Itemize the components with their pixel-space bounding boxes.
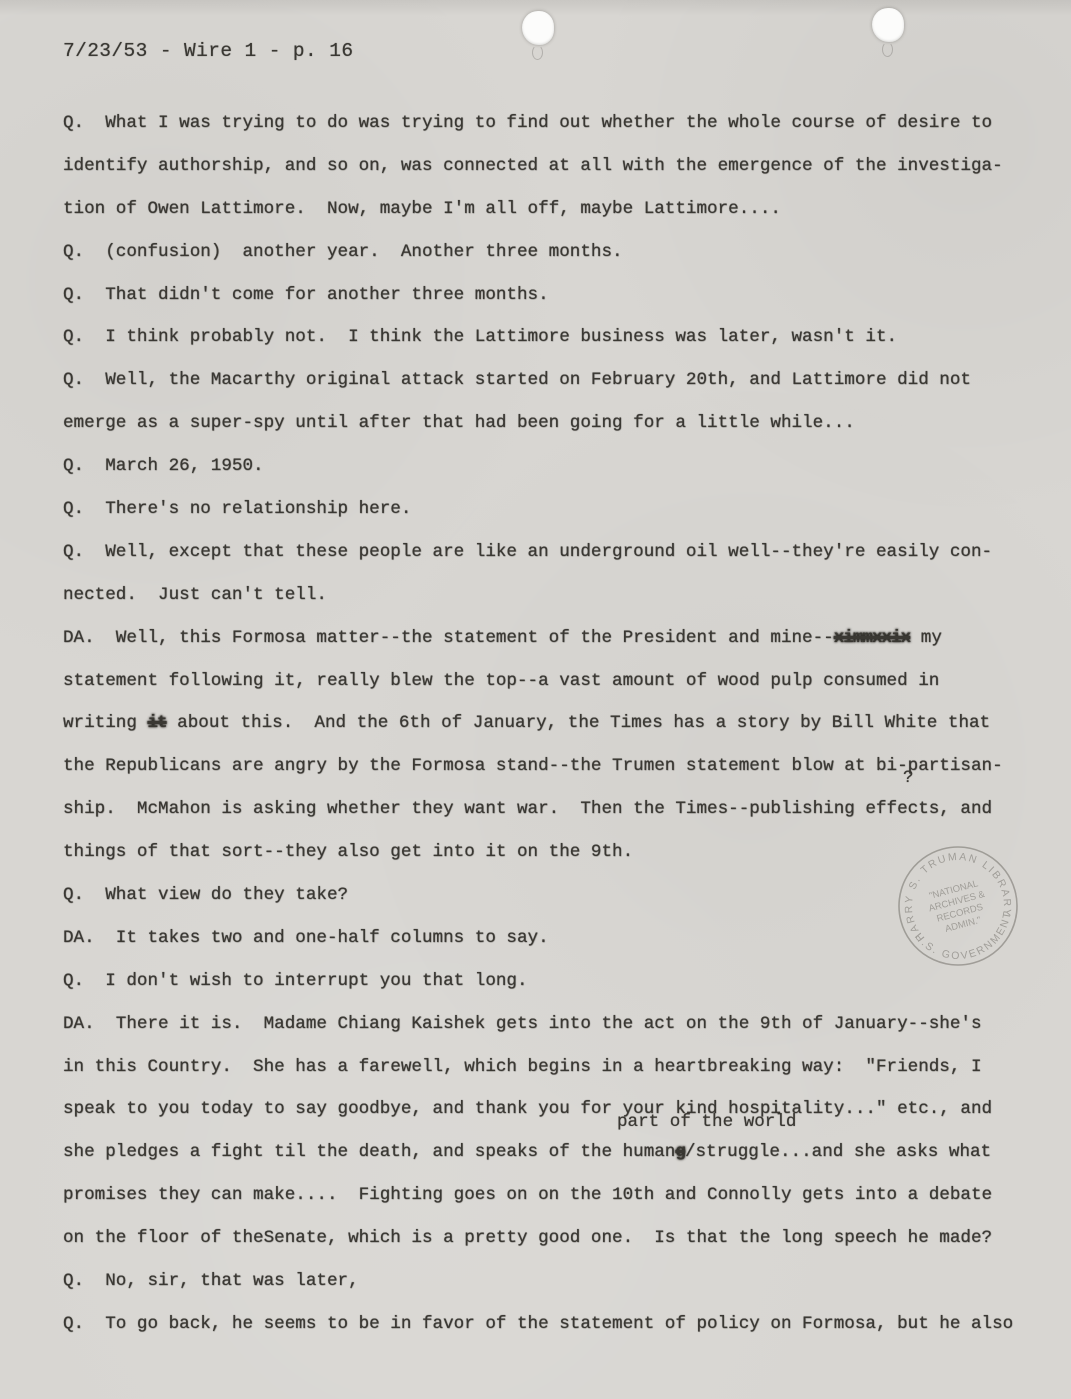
typed-line: Q. I think probably not. I think the Lat…: [63, 316, 1043, 359]
typed-text: about this. And the 6th of January, the …: [167, 713, 991, 733]
typed-line: Q. March 26, 1950.: [63, 445, 1043, 488]
typed-line: Q. No, sir, that was later,: [63, 1260, 1043, 1303]
typed-text: my: [910, 628, 942, 648]
typed-text: Q. (confusion) another year. Another thr…: [63, 242, 623, 262]
typed-text: ship. McMahon is asking whether they wan…: [63, 799, 992, 819]
typed-text: identify authorship, and so on, was conn…: [63, 156, 1003, 176]
typed-text: writing: [63, 713, 147, 733]
typed-text: she pledges a fight til the death, and s…: [63, 1142, 675, 1162]
typed-line: Q. Well, the Macarthy original attack st…: [63, 359, 1043, 402]
typed-text: statement following it, really blew the …: [63, 671, 939, 691]
typed-text: Q. What view do they take?: [63, 885, 348, 905]
typed-lines: Q. What I was trying to do was trying to…: [63, 102, 1043, 1346]
typed-text: emerge as a super-spy until after that h…: [63, 413, 855, 433]
typed-text: Q. March 26, 1950.: [63, 456, 264, 476]
typed-line: in this Country. She has a farewell, whi…: [63, 1046, 1043, 1089]
typed-text: Q. No, sir, that was later,: [63, 1271, 359, 1291]
struck-out-text: it: [147, 713, 166, 733]
typed-line: writing it about this. And the 6th of Ja…: [63, 702, 1043, 745]
typed-line: Q. Well, except that these people are li…: [63, 531, 1043, 574]
punch-hole-left: [522, 11, 554, 45]
typed-text: Q. That didn't come for another three mo…: [63, 285, 549, 305]
typed-text: DA. It takes two and one-half columns to…: [63, 928, 549, 948]
typed-text: speak to you today to say goodbye, and t…: [63, 1099, 992, 1119]
typed-text: nected. Just can't tell.: [63, 585, 327, 605]
typed-line: speak to you today to say goodbye, and t…: [63, 1088, 1043, 1131]
interline-inserted-phrase: part of the world: [617, 1112, 797, 1132]
typed-line: promises they can make.... Fighting goes…: [63, 1174, 1043, 1217]
typed-text: the Republicans are angry by the Formosa…: [63, 756, 1003, 776]
punch-hole-right: [872, 8, 904, 42]
typed-text: Q. Well, the Macarthy original attack st…: [63, 370, 971, 390]
typed-line: Q. There's no relationship here.: [63, 488, 1043, 531]
typed-text: Q. To go back, he seems to be in favor o…: [63, 1314, 1013, 1334]
page-header: 7/23/53 - Wire 1 - p. 16: [63, 40, 353, 62]
struck-out-text: g: [675, 1142, 685, 1162]
typed-text: Q. Well, except that these people are li…: [63, 542, 992, 562]
typed-text: promises they can make.... Fighting goes…: [63, 1185, 992, 1205]
typed-text: DA. Well, this Formosa matter--the state…: [63, 628, 834, 648]
typed-text: tion of Owen Lattimore. Now, maybe I'm a…: [63, 199, 781, 219]
typed-line: nected. Just can't tell.: [63, 574, 1043, 617]
typed-line: Q. What I was trying to do was trying to…: [63, 102, 1043, 145]
typed-text: in this Country. She has a farewell, whi…: [63, 1057, 982, 1077]
typed-text: Q. What I was trying to do was trying to…: [63, 113, 992, 133]
struck-out-text: ximmxxix: [834, 628, 910, 648]
typed-line: Q. To go back, he seems to be in favor o…: [63, 1303, 1043, 1346]
typed-correction-question-mark: ?: [903, 768, 914, 788]
typed-text: /struggle...and she asks what: [685, 1142, 991, 1162]
typed-line: emerge as a super-spy until after that h…: [63, 402, 1043, 445]
typed-line: DA. Well, this Formosa matter--the state…: [63, 617, 1043, 660]
typed-line: Q. (confusion) another year. Another thr…: [63, 231, 1043, 274]
typed-line: the Republicans are angry by the Formosa…: [63, 745, 1043, 788]
typed-text: on the floor of theSenate, which is a pr…: [63, 1228, 992, 1248]
typed-line: on the floor of theSenate, which is a pr…: [63, 1217, 1043, 1260]
typed-line: tion of Owen Lattimore. Now, maybe I'm a…: [63, 188, 1043, 231]
typed-text: Q. There's no relationship here.: [63, 499, 411, 519]
typed-line: DA. There it is. Madame Chiang Kaishek g…: [63, 1003, 1043, 1046]
scanned-document-page: 7/23/53 - Wire 1 - p. 16 Q. What I was t…: [0, 0, 1071, 1399]
typed-text: things of that sort--they also get into …: [63, 842, 633, 862]
typed-line: identify authorship, and so on, was conn…: [63, 145, 1043, 188]
typed-line: she pledges a fight til the death, and s…: [63, 1131, 1043, 1174]
typed-text: Q. I think probably not. I think the Lat…: [63, 327, 897, 347]
typed-text: Q. I don't wish to interrupt you that lo…: [63, 971, 528, 991]
typed-line: Q. I don't wish to interrupt you that lo…: [63, 960, 1043, 1003]
typed-line: Q. That didn't come for another three mo…: [63, 274, 1043, 317]
typed-line: statement following it, really blew the …: [63, 660, 1043, 703]
typed-text: DA. There it is. Madame Chiang Kaishek g…: [63, 1014, 982, 1034]
typed-line: ship. McMahon is asking whether they wan…: [63, 788, 1043, 831]
